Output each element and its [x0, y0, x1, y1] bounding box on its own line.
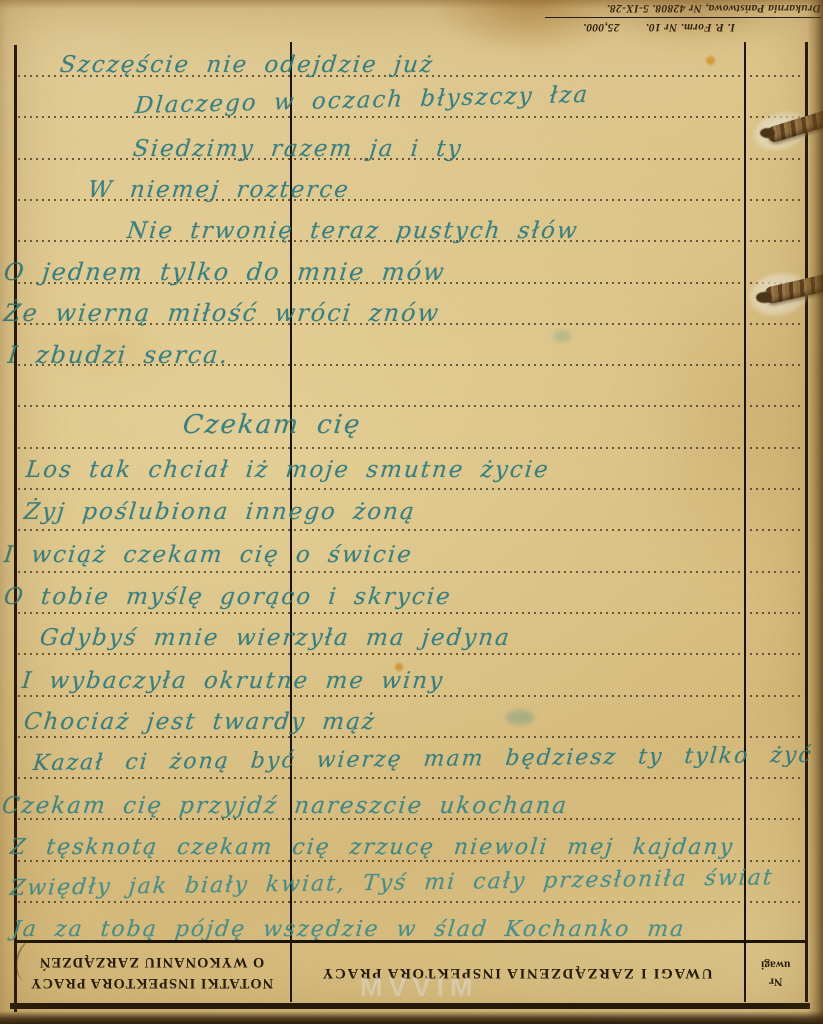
poem-title: Czekam cię	[181, 410, 363, 440]
footer-bottom-rule	[10, 1003, 810, 1009]
ink-smudge	[506, 710, 534, 725]
footer-left-line1: NOTATKI INSPEKTORA PRACY	[30, 972, 273, 993]
form-number: I. P. Form. Nr 10.	[645, 21, 735, 33]
footer-right-line2: uwagi	[761, 955, 790, 972]
handwritten-line: Ja za tobą pójdę wszędzie w ślad Kochank…	[11, 917, 687, 942]
handwritten-line: Żyj poślubiona innego żoną	[23, 499, 417, 525]
handwritten-line: Czekam cię przyjdź nareszcie ukochana	[1, 793, 570, 819]
page-edge-bottom	[0, 1011, 823, 1024]
dotted-rule-line	[18, 571, 804, 573]
handwritten-line: Chociaż jest twardy mąż	[23, 709, 378, 735]
handwritten-line: Nie trwonię teraz pustych słów	[126, 218, 580, 244]
dotted-rule-line	[18, 447, 804, 449]
dotted-rule-line	[18, 777, 804, 779]
dotted-rule-line	[18, 901, 804, 903]
page-edge-right	[807, 0, 823, 1024]
dotted-rule-line	[18, 529, 804, 531]
paper-stain	[706, 56, 715, 65]
handwritten-line: I wciąż czekam cię o świcie	[3, 542, 415, 568]
footer-left-line2: O WYKONANIU ZARZĄDZEŃ	[30, 951, 273, 972]
scanned-notebook-page: I. P. Form. Nr 10. 25,000. Drukarnia Pań…	[0, 0, 823, 1024]
footer-right-line1: Nr	[761, 972, 790, 989]
cord-tip	[760, 128, 775, 138]
footer-cell-number: Nr uwagi	[744, 943, 808, 1001]
handwritten-line: I zbudzi serca.	[7, 341, 231, 369]
handwritten-line: O jednem tylko do mnie mów	[3, 258, 448, 286]
printer-line: Drukarnia Państwowa, Nr 42808. 5-IX-28.	[545, 1, 821, 18]
dotted-rule-line	[18, 736, 804, 738]
print-run: 25,000.	[583, 21, 620, 33]
table-border-left	[14, 45, 17, 1012]
handwritten-line: O tobie myślę gorąco i skrycie	[3, 584, 453, 610]
handwritten-line: Los tak chciał iż moje smutne życie	[25, 457, 551, 483]
handwritten-line: Zwiędły jak biały kwiat, Tyś mi cały prz…	[9, 865, 775, 901]
table-border-right	[805, 42, 808, 1002]
handwritten-line: I wybaczyła okrutne me winy	[21, 668, 446, 694]
handwritten-line: Siedzimy razem ja i ty	[132, 136, 464, 162]
handwritten-line: W niemej rozterce	[87, 177, 352, 203]
form-number-row: I. P. Form. Nr 10. 25,000.	[545, 18, 821, 35]
handwritten-line: Gdybyś mnie wierzyła ma jedyna	[39, 625, 513, 651]
dotted-rule-line	[18, 653, 804, 655]
handwritten-line: Kazał ci żoną być wierzę mam będziesz ty…	[32, 743, 814, 776]
dotted-rule-line	[18, 612, 804, 614]
footer-cell-notes: NOTATKI INSPEKTORA PRACY O WYKONANIU ZAR…	[14, 943, 290, 1001]
archive-watermark: MVVIM	[360, 972, 479, 1003]
table-divider-right-column	[744, 42, 746, 1002]
printed-form-imprint: I. P. Form. Nr 10. 25,000. Drukarnia Pań…	[545, 1, 821, 35]
dotted-rule-line	[18, 695, 804, 697]
footer-cell-remarks: UWAGI I ZARZĄDZENIA INSPEKTORA PRACY	[290, 943, 744, 1001]
dotted-rule-line	[18, 488, 804, 490]
dotted-rule-line	[18, 405, 804, 407]
handwritten-line: Szczęście nie odejdzie już	[59, 52, 436, 78]
handwritten-line: Że wierną miłość wróci znów	[3, 299, 442, 327]
cord-tip	[756, 292, 772, 303]
handwritten-line: Dlaczego w oczach błyszczy łza	[134, 82, 590, 119]
handwritten-line: Z tęsknotą czekam cię zrzucę niewoli mej…	[9, 835, 736, 860]
ink-smudge	[553, 330, 571, 342]
